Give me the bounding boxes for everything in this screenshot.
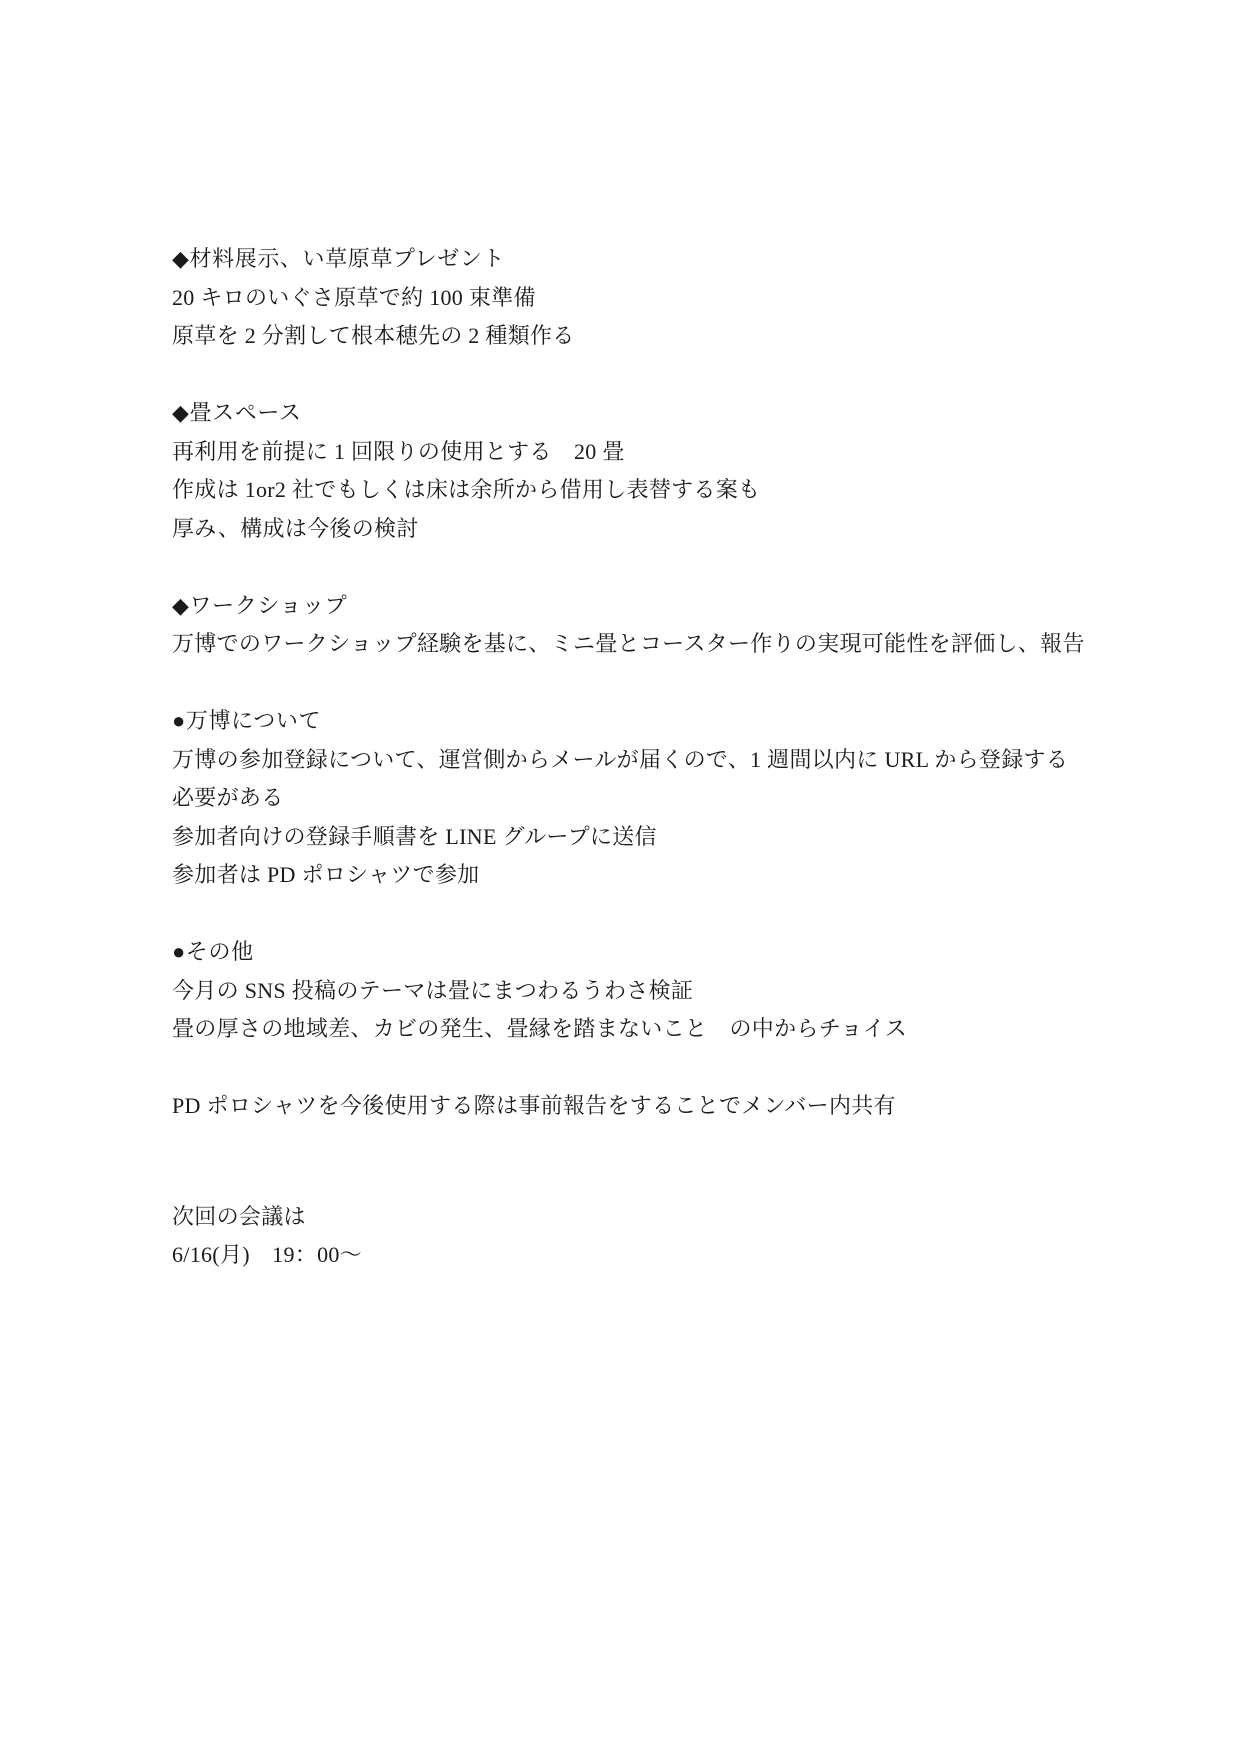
doc-line: 万博でのワークショップ経験を基に、ミニ畳とコースター作りの実現可能性を評価し、報…	[172, 625, 1112, 664]
next-meeting-datetime: 6/16(月) 19：00～	[172, 1236, 1112, 1275]
doc-line: 畳の厚さの地域差、カビの発生、畳縁を踏まないこと の中からチョイス	[172, 1010, 1112, 1049]
doc-line: 20 キロのいぐさ原草で約 100 束準備	[172, 279, 1112, 318]
section-workshop: ◆ワークショップ 万博でのワークショップ経験を基に、ミニ畳とコースター作りの実現…	[172, 587, 1112, 664]
section-tatami-space: ◆畳スペース 再利用を前提に 1 回限りの使用とする 20 畳 作成は 1or2…	[172, 394, 1112, 548]
doc-line: 今月の SNS 投稿のテーマは畳にまつわるうわさ検証	[172, 972, 1112, 1011]
note-polo-shirt: PD ポロシャツを今後使用する際は事前報告をすることでメンバー内共有	[172, 1087, 1112, 1126]
section-heading-material-display: ◆材料展示、い草原草プレゼント	[172, 240, 1112, 279]
doc-line: 作成は 1or2 社でもしくは床は余所から借用し表替する案も	[172, 471, 1112, 510]
doc-line: 次回の会議は	[172, 1198, 1112, 1237]
doc-line: 再利用を前提に 1 回限りの使用とする 20 畳	[172, 433, 1112, 472]
section-heading-workshop: ◆ワークショップ	[172, 587, 1112, 626]
doc-line: 原草を 2 分割して根本穂先の 2 種類作る	[172, 317, 1112, 356]
doc-line: 厚み、構成は今後の検討	[172, 510, 1112, 549]
doc-line: 必要がある	[172, 779, 1112, 818]
next-meeting: 次回の会議は 6/16(月) 19：00～	[172, 1198, 1112, 1275]
doc-line: 万博の参加登録について、運営側からメールが届くので、1 週間以内に URL から…	[172, 741, 1112, 780]
doc-line: 参加者向けの登録手順書を LINE グループに送信	[172, 818, 1112, 857]
document-page: ◆材料展示、い草原草プレゼント 20 キロのいぐさ原草で約 100 束準備 原草…	[0, 0, 1241, 1755]
section-expo: ●万博について 万博の参加登録について、運営側からメールが届くので、1 週間以内…	[172, 702, 1112, 895]
doc-line: 参加者は PD ポロシャツで参加	[172, 856, 1112, 895]
section-heading-others: ●その他	[172, 933, 1112, 972]
section-heading-expo: ●万博について	[172, 702, 1112, 741]
section-heading-tatami-space: ◆畳スペース	[172, 394, 1112, 433]
section-others: ●その他 今月の SNS 投稿のテーマは畳にまつわるうわさ検証 畳の厚さの地域差…	[172, 933, 1112, 1049]
section-material-display: ◆材料展示、い草原草プレゼント 20 キロのいぐさ原草で約 100 束準備 原草…	[172, 240, 1112, 356]
document-body: ◆材料展示、い草原草プレゼント 20 キロのいぐさ原草で約 100 束準備 原草…	[172, 240, 1112, 1275]
doc-line: PD ポロシャツを今後使用する際は事前報告をすることでメンバー内共有	[172, 1087, 1112, 1126]
